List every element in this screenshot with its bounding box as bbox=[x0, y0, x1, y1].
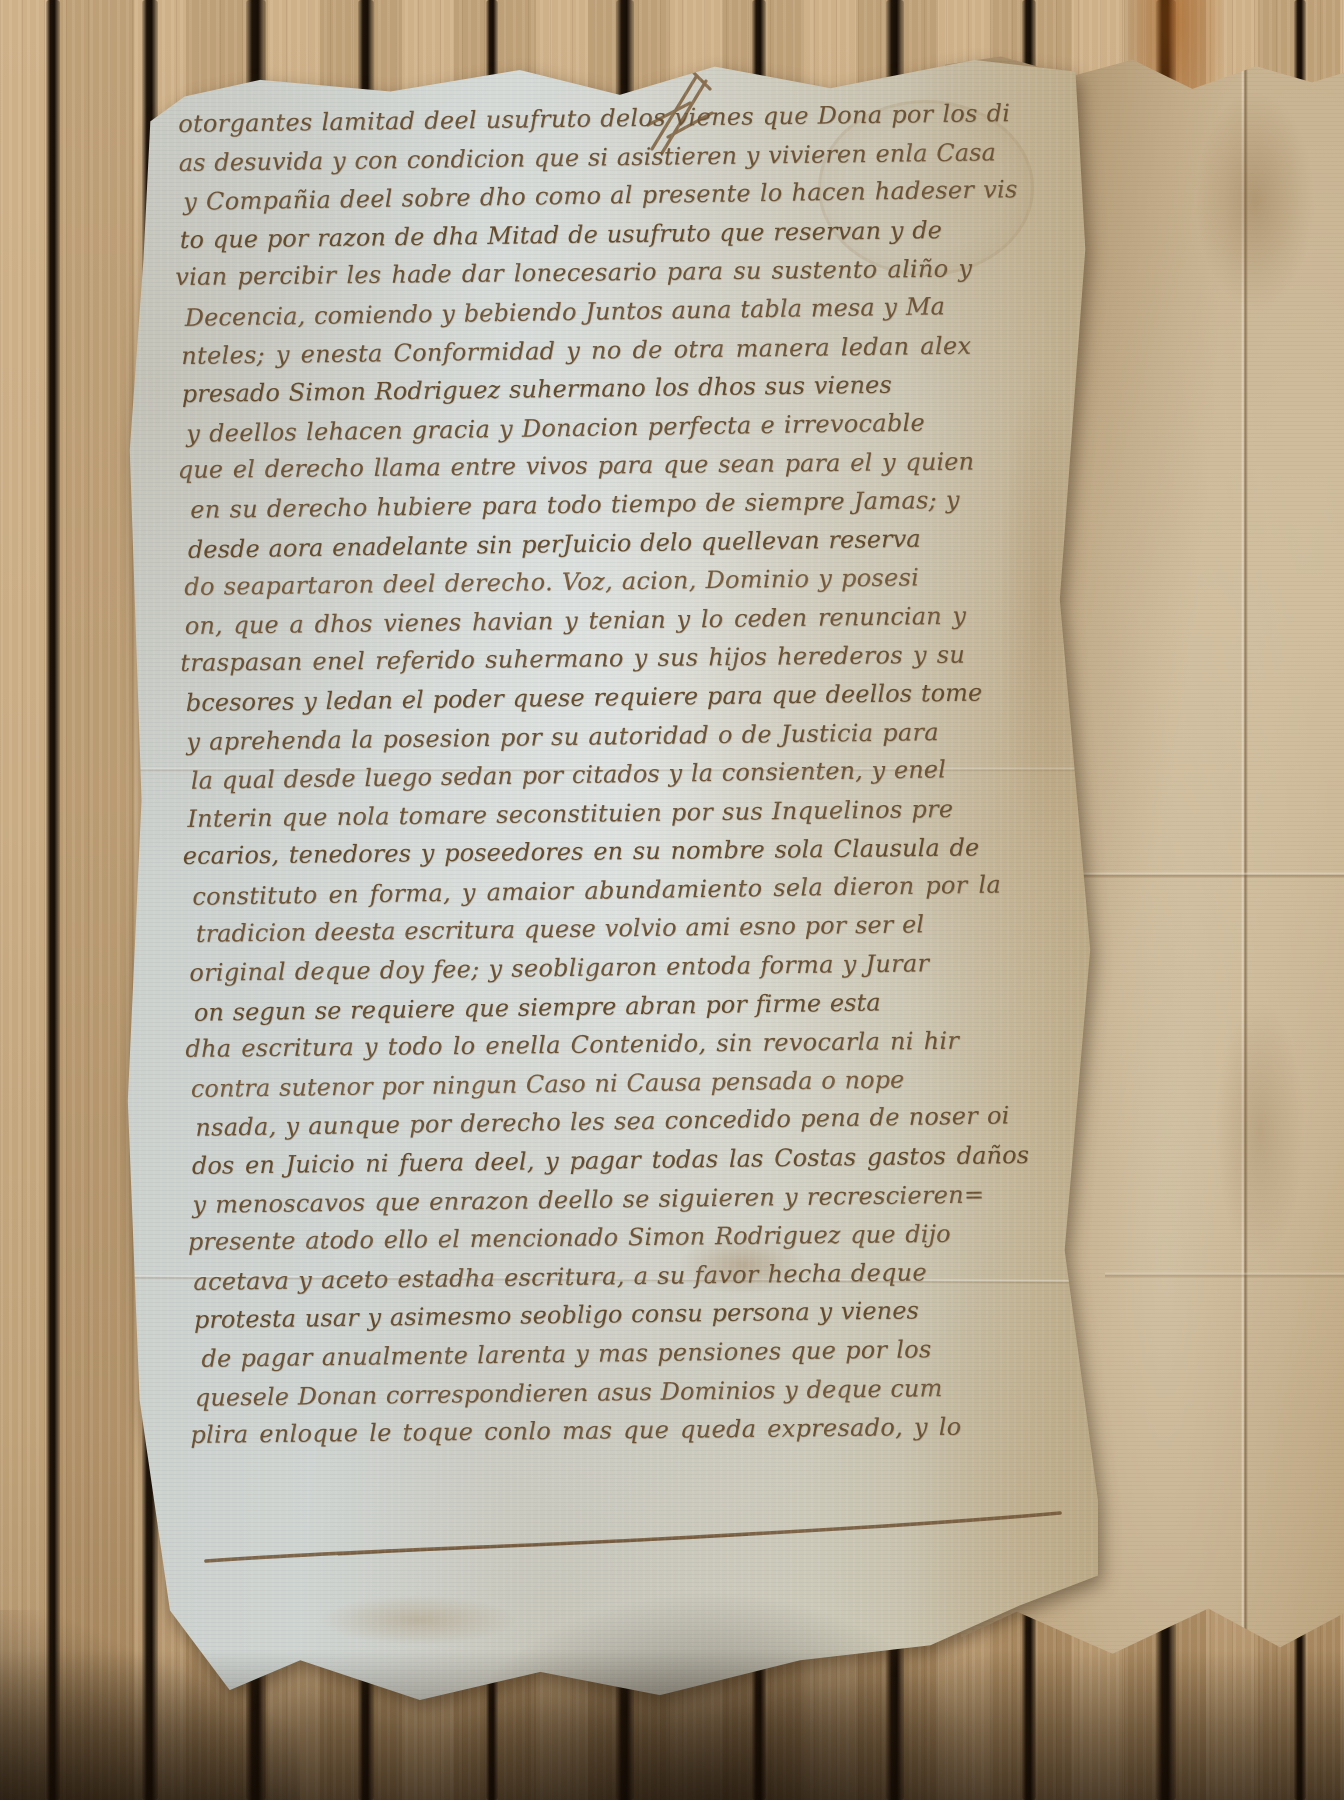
manuscript-line: to que por razon de dha Mitad de usufrut… bbox=[180, 209, 1048, 259]
manuscript-line: nteles; y enesta Conformidad y no de otr… bbox=[181, 325, 1049, 375]
manuscript-line: as desuvida y con condicion que si asist… bbox=[179, 132, 1047, 182]
age-stain bbox=[1195, 90, 1315, 310]
manuscript-line: y deellos lehacen gracia y Donacion perf… bbox=[186, 401, 1054, 453]
manuscript-line: on, que a dhos vienes havian y tenian y … bbox=[185, 595, 1053, 645]
manuscript-line: original deque doy fee; y seobligaron en… bbox=[189, 943, 1057, 993]
manuscript-line: nsada, y aunque por derecho les sea conc… bbox=[195, 1096, 1063, 1148]
pallet-corner-shadow bbox=[0, 1610, 300, 1800]
manuscript-line: en su derecho hubiere para todo tiempo d… bbox=[190, 479, 1058, 529]
manuscript-line: que el derecho llama entre vivos para qu… bbox=[178, 442, 1046, 490]
manuscript-line: quesele Donan correspondieren asus Domin… bbox=[195, 1367, 1063, 1417]
manuscript-line: dos en Juicio ni fuera deel, y pagar tod… bbox=[192, 1136, 1060, 1186]
manuscript-line: y Compañia deel sobre dho como al presen… bbox=[183, 170, 1051, 222]
fold-crease-horizontal bbox=[1105, 1272, 1344, 1278]
manuscript-line: de pagar anualmente larenta y mas pensio… bbox=[201, 1328, 1069, 1378]
manuscript-line: protesta usar y asimesmo seobligo consu … bbox=[194, 1290, 1062, 1340]
manuscript-line: y menoscavos que enrazon deello se sigui… bbox=[192, 1174, 1060, 1224]
manuscript-line: dha escritura y todo lo enella Contenido… bbox=[185, 1021, 1053, 1069]
manuscript-line: presente atodo ello el mencionado Simon … bbox=[188, 1214, 1056, 1262]
manuscript-line: tradicion deesta escritura quese volvio … bbox=[196, 904, 1064, 954]
manuscript-line: vian percibir les hade dar lonecesario p… bbox=[175, 249, 1043, 297]
manuscript-line: constituto en forma, y amaior abundamien… bbox=[192, 864, 1060, 916]
fold-crease-horizontal bbox=[128, 1274, 1098, 1284]
manuscript-line: do seapartaron deel derecho. Voz, acion,… bbox=[184, 557, 1052, 607]
fold-crease-vertical bbox=[1241, 50, 1248, 1670]
fold-crease-horizontal bbox=[138, 767, 1088, 772]
notary-hash-mark-icon bbox=[638, 63, 728, 163]
age-stain bbox=[1215, 1000, 1305, 1260]
manuscript-line: plira enloque le toque conlo mas que que… bbox=[190, 1407, 1058, 1455]
photo-of-manuscript: { "photo": { "subject": "handwritten Spa… bbox=[0, 0, 1344, 1800]
closing-flourish-rule bbox=[188, 1495, 1068, 1575]
manuscript-line: otorgantes lamitad deel usufruto delos v… bbox=[178, 94, 1046, 144]
manuscript-line: ecarios, tenedores y poseedores en su no… bbox=[183, 828, 1051, 876]
manuscript-line: presado Simon Rodriguez suhermano los dh… bbox=[182, 364, 1050, 414]
manuscript-page: otorgantes lamitad deel usufruto delos v… bbox=[118, 55, 1098, 1715]
manuscript-line: desde aora enadelante sin perJuicio delo… bbox=[188, 517, 1056, 569]
manuscript-line: bcesores y ledan el poder quese requiere… bbox=[186, 672, 1054, 722]
manuscript-line: y aprehenda la posesion por su autoridad… bbox=[186, 711, 1054, 761]
manuscript-line: traspasan enel referido suhermano y sus … bbox=[180, 635, 1048, 683]
manuscript-paper: otorgantes lamitad deel usufruto delos v… bbox=[118, 55, 1098, 1715]
manuscript-line: la qual desde luego sedan por citados y … bbox=[191, 749, 1059, 801]
manuscript-line: Interin que nola tomare seconstituien po… bbox=[187, 788, 1055, 838]
age-stain bbox=[998, 355, 1088, 855]
manuscript-text: otorgantes lamitad deel usufruto delos v… bbox=[178, 94, 1064, 1456]
manuscript-line: contra sutenor por ningun Caso ni Causa … bbox=[191, 1058, 1059, 1108]
manuscript-line: Decencia, comiendo y bebiendo Juntos aun… bbox=[184, 286, 1052, 338]
age-stain bbox=[678, 1235, 808, 1295]
manuscript-line: acetava y aceto estadha escritura, a su … bbox=[193, 1251, 1061, 1301]
plank-gap bbox=[46, 0, 60, 1800]
ring-stain bbox=[818, 100, 1034, 276]
manuscript-line: on segun se requiere que siempre abran p… bbox=[194, 980, 1062, 1032]
